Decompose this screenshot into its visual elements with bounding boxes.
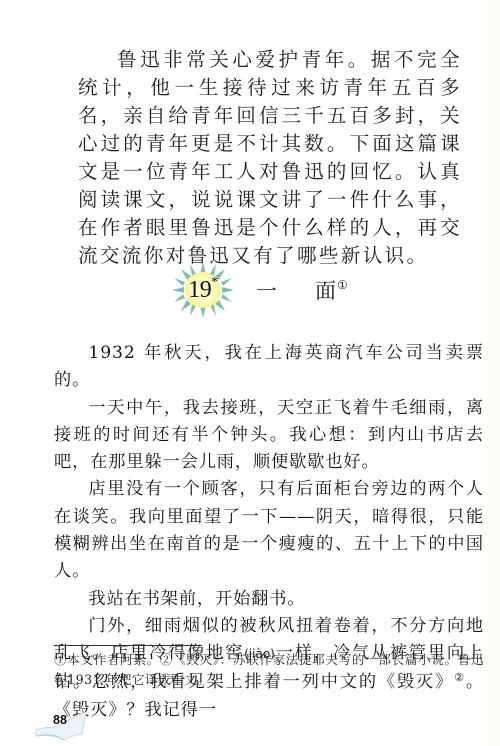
lesson-number-value: 19 <box>188 277 211 303</box>
page-number-badge: 88 <box>34 706 92 742</box>
footnotes: ①本文作者阿累。②《毁灭》：苏联作家法捷耶夫写的一部长篇小说。鲁迅在1931 年… <box>54 650 484 689</box>
optional-lesson-star: * <box>211 275 218 290</box>
textbook-page: 鲁迅非常关心爱护青年。据不完全统计，他一生接待过来访青年五百多名，亲自给青年回信… <box>0 0 500 746</box>
intro-paragraph: 鲁迅非常关心爱护青年。据不完全统计，他一生接待过来访青年五百多名，亲自给青年回信… <box>78 46 462 270</box>
footnote-marker-1[interactable]: ① <box>337 278 348 292</box>
page-number: 88 <box>53 713 67 727</box>
body-paragraph: 一天中午，我去接班，天空正飞着牛毛细雨，离接班的时间还有半个钟头。我心想：到内山… <box>54 395 484 477</box>
body-paragraph: 1932 年秋天，我在上海英商汽车公司当卖票的。 <box>54 340 484 395</box>
lesson-number-badge: 19* <box>172 262 234 318</box>
body-paragraph: 我站在书架前，开始翻书。 <box>54 586 484 613</box>
footnote-divider <box>54 645 202 646</box>
lesson-title: 一 面 ① <box>256 275 348 305</box>
lesson-intro: 鲁迅非常关心爱护青年。据不完全统计，他一生接待过来访青年五百多名，亲自给青年回信… <box>78 46 462 270</box>
footnote-text: ①本文作者阿累。②《毁灭》：苏联作家法捷耶夫写的一部长篇小说。鲁迅在1931 年… <box>54 650 484 689</box>
title-char-2: 面 <box>315 275 336 305</box>
body-paragraph: 店里没有一个顾客，只有后面柜台旁边的两个人在谈笑。我向里面望了一下——阴天，暗得… <box>54 476 484 585</box>
lesson-heading: 19* 一 面 ① <box>172 262 412 318</box>
title-char-1: 一 <box>256 275 277 305</box>
lesson-number: 19* <box>188 277 218 304</box>
